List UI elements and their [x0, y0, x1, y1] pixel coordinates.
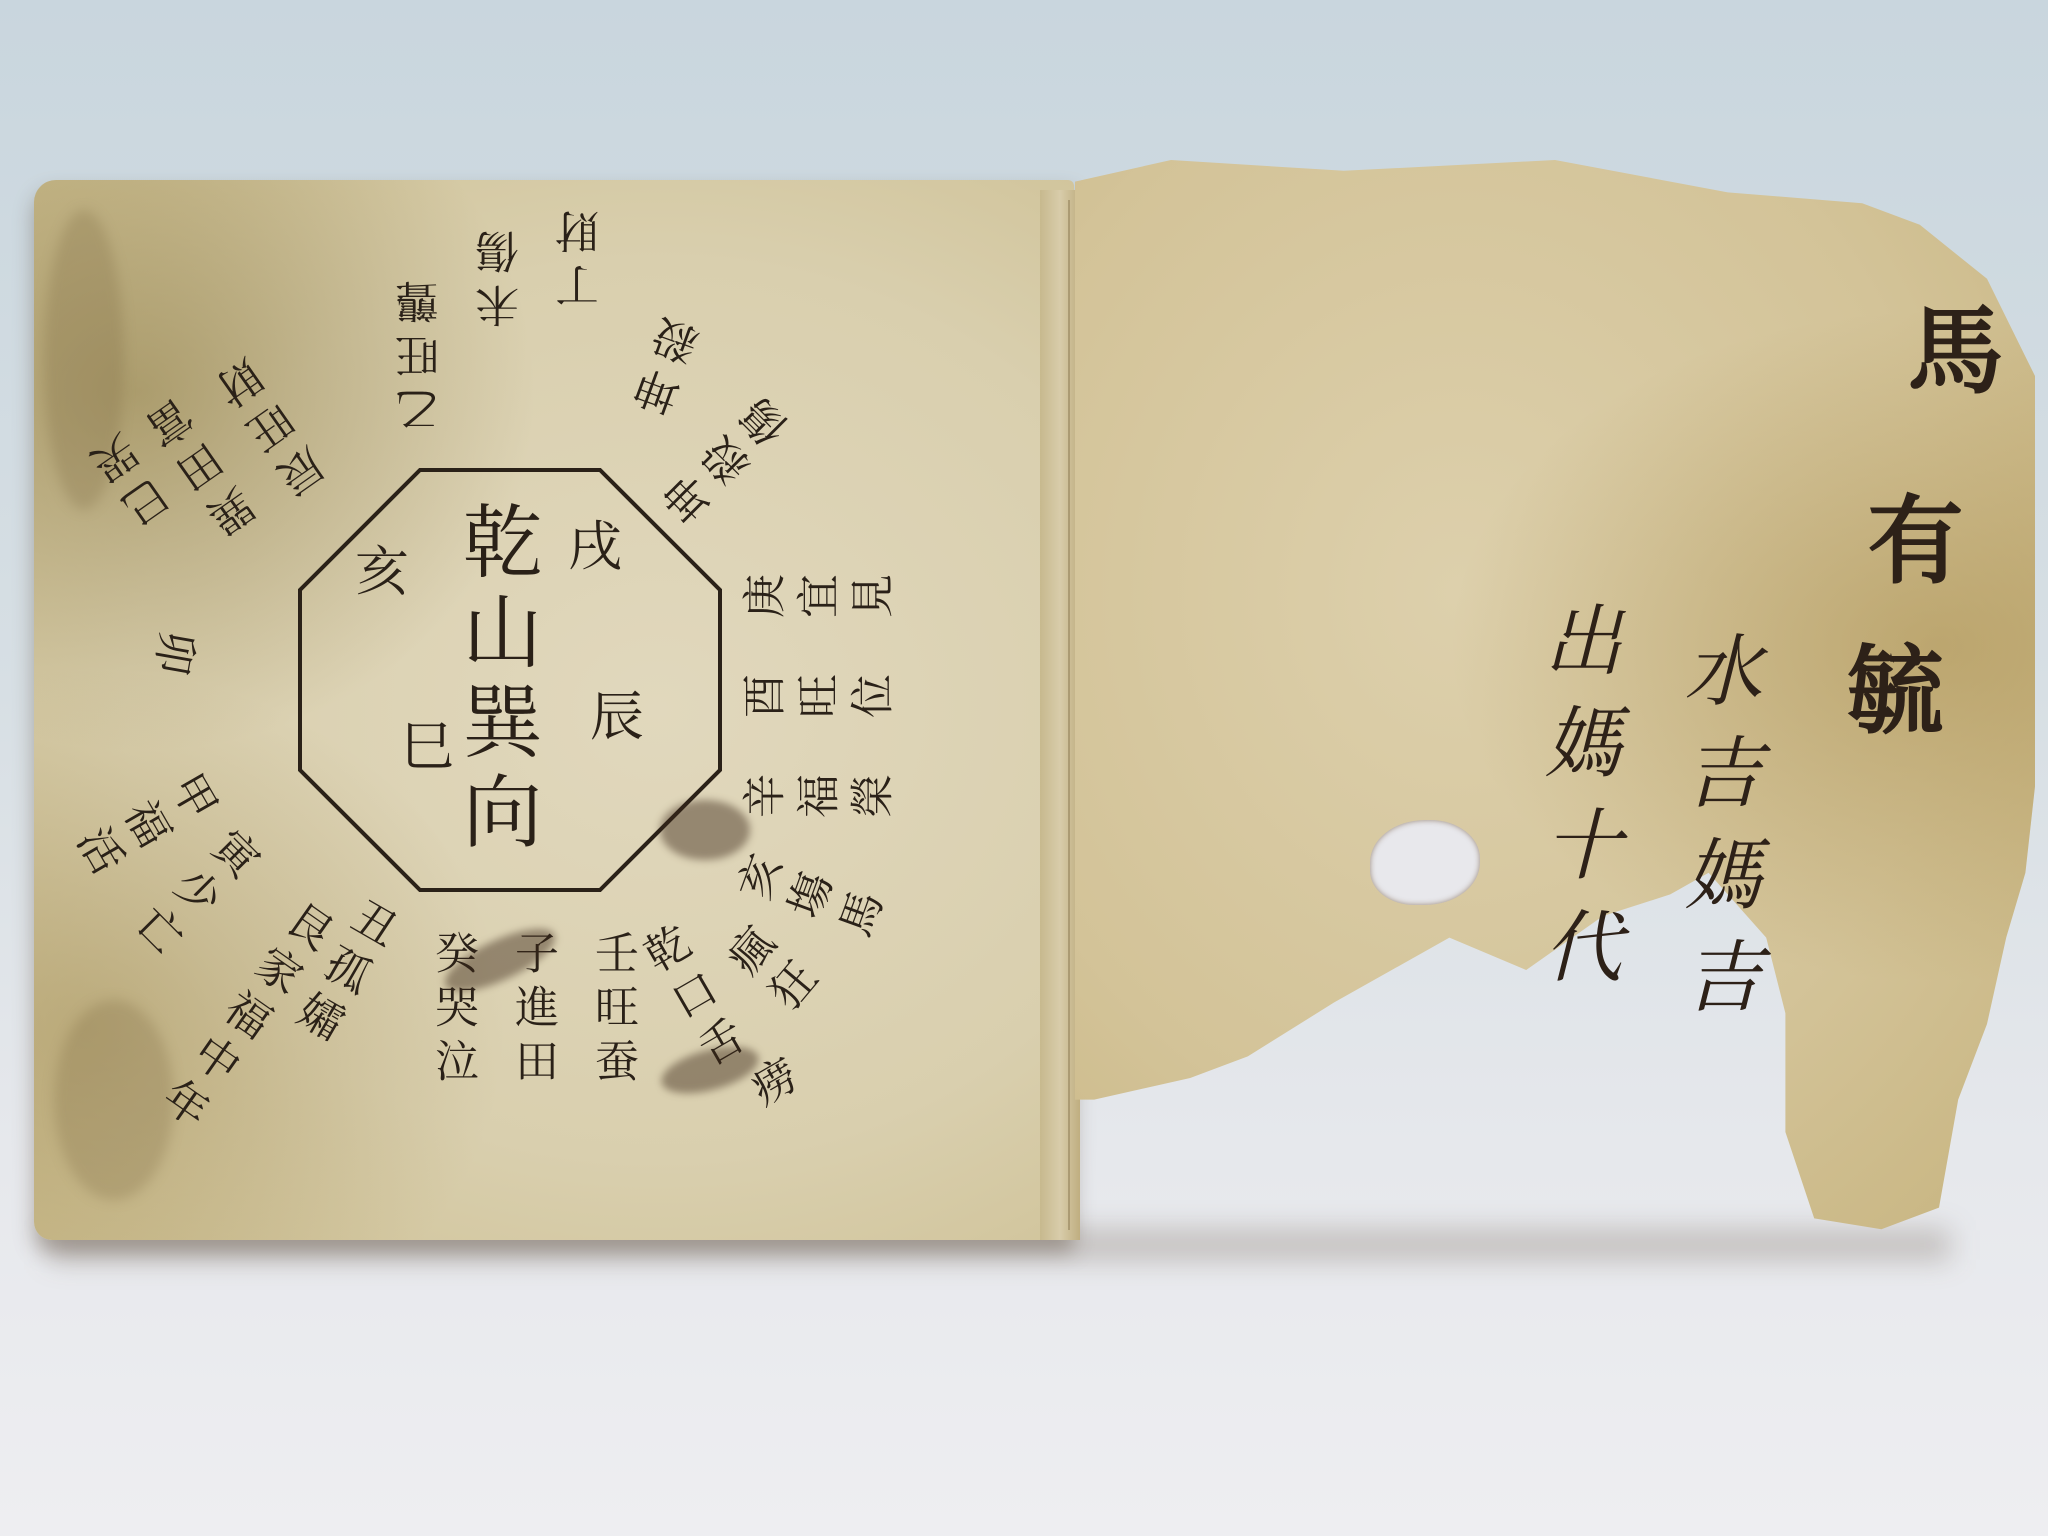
right-page-column-1: 出媽十代 — [1520, 600, 1632, 1008]
right-page-title-char-1: 有 — [1840, 490, 1977, 626]
radial-text-top-2: 丁財 — [550, 200, 614, 308]
right-page-column-0: 水吉媽吉 — [1660, 630, 1772, 1038]
paper-crease — [1068, 200, 1070, 1230]
right-page-title-char-0: 馬 — [1880, 300, 2017, 436]
radial-text-right-2: 辛福榮 — [741, 769, 903, 833]
book-spine — [1040, 190, 1080, 1240]
diagram-char-top-left: 亥 — [355, 545, 409, 599]
radial-text-bottom-0: 壬旺蚕 — [580, 930, 644, 1092]
radial-text-left-0: 卯 — [140, 611, 204, 683]
diagram-char-top-right: 戌 — [568, 520, 622, 574]
diagram-char-bottom-right: 辰 — [590, 690, 644, 744]
radial-text-top-0: 乙旺聾 — [390, 270, 454, 432]
radial-text-right-1: 酉旺位 — [741, 669, 903, 733]
ink-smudge — [660, 800, 750, 860]
right-page-title-char-2: 毓 — [1820, 640, 1957, 776]
radial-text-top-1: 未傷 — [470, 220, 534, 328]
diagram-char-bottom-left: 巳 — [400, 720, 454, 774]
paper-hole — [1370, 820, 1480, 905]
diagram-center-title: 乾山巽向 — [455, 500, 535, 860]
radial-text-right-0: 庚宜見 — [741, 569, 903, 633]
